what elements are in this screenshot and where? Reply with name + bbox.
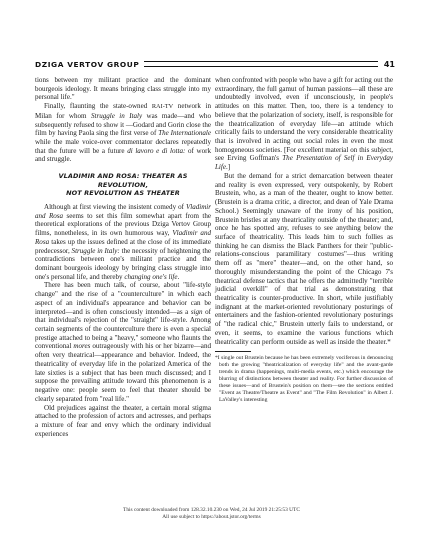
paragraph: Old prejudices against the theater, a ce… <box>35 404 211 439</box>
song-title: The Internationale <box>158 129 211 137</box>
paragraph: But the demand for a strict demarcation … <box>215 172 393 346</box>
paragraph: tions between my militant practice and t… <box>35 76 211 102</box>
paragraph: There has been much talk, of course, abo… <box>35 281 211 403</box>
text: .] <box>226 163 230 171</box>
italic-word: mores <box>73 342 90 350</box>
footnote-text: I single out Brustein because he has bee… <box>218 355 393 402</box>
text: Although at first viewing the insistent … <box>44 203 186 211</box>
section-heading-line: VLADIMIR AND ROSA: THEATER AS REVOLUTION… <box>35 172 211 189</box>
running-head: DZIGA VERTOV GROUP 41 <box>35 58 395 70</box>
page-number: 41 <box>384 60 395 69</box>
terms-link[interactable]: All use subject to https://about.jstor.o… <box>162 514 260 520</box>
terms-notice: All use subject to https://about.jstor.o… <box>0 514 423 521</box>
text-smallcaps: RAI-TV <box>152 103 173 110</box>
document-page: DZIGA VERTOV GROUP 41 tions between my m… <box>0 0 423 550</box>
text: But the demand for a strict demarcation … <box>215 172 393 346</box>
text: There has been much talk, of course, abo… <box>35 281 211 315</box>
italic-phrase: di lavoro e di lotta: <box>127 147 185 155</box>
paragraph: Although at first viewing the insistent … <box>35 203 211 281</box>
footnote: *I single out Brustein because he has be… <box>215 355 393 403</box>
left-column: tions between my militant practice and t… <box>35 76 211 438</box>
film-title: Struggle in Italy <box>91 112 142 120</box>
italic-word: sign <box>191 308 203 316</box>
section-heading: VLADIMIR AND ROSA: THEATER AS REVOLUTION… <box>35 172 211 198</box>
paragraph: Finally, flaunting the state-owned RAI-T… <box>35 102 211 164</box>
text: . <box>178 273 180 281</box>
paragraph: when confronted with people who have a g… <box>215 76 393 172</box>
text: outrageously with his or her bizarre—and… <box>35 342 211 402</box>
text: when confronted with people who have a g… <box>215 76 393 162</box>
header-rule <box>144 61 377 67</box>
text: Finally, flaunting the state-owned <box>44 102 152 110</box>
section-heading-line: NOT REVOLUTION AS THEATER <box>35 189 211 198</box>
footnote-rule <box>215 351 251 352</box>
film-title: Struggle in Italy: <box>72 247 120 255</box>
text: Old prejudices against the theater, a ce… <box>35 404 211 438</box>
running-head-title: DZIGA VERTOV GROUP <box>35 60 139 69</box>
jstor-footer: This content downloaded from 128.32.10.2… <box>0 507 423 521</box>
right-column: when confronted with people who have a g… <box>215 76 393 404</box>
download-notice: This content downloaded from 128.32.10.2… <box>0 507 423 514</box>
italic-phrase: changing one's life <box>124 273 177 281</box>
text: tions between my militant practice and t… <box>35 76 211 101</box>
